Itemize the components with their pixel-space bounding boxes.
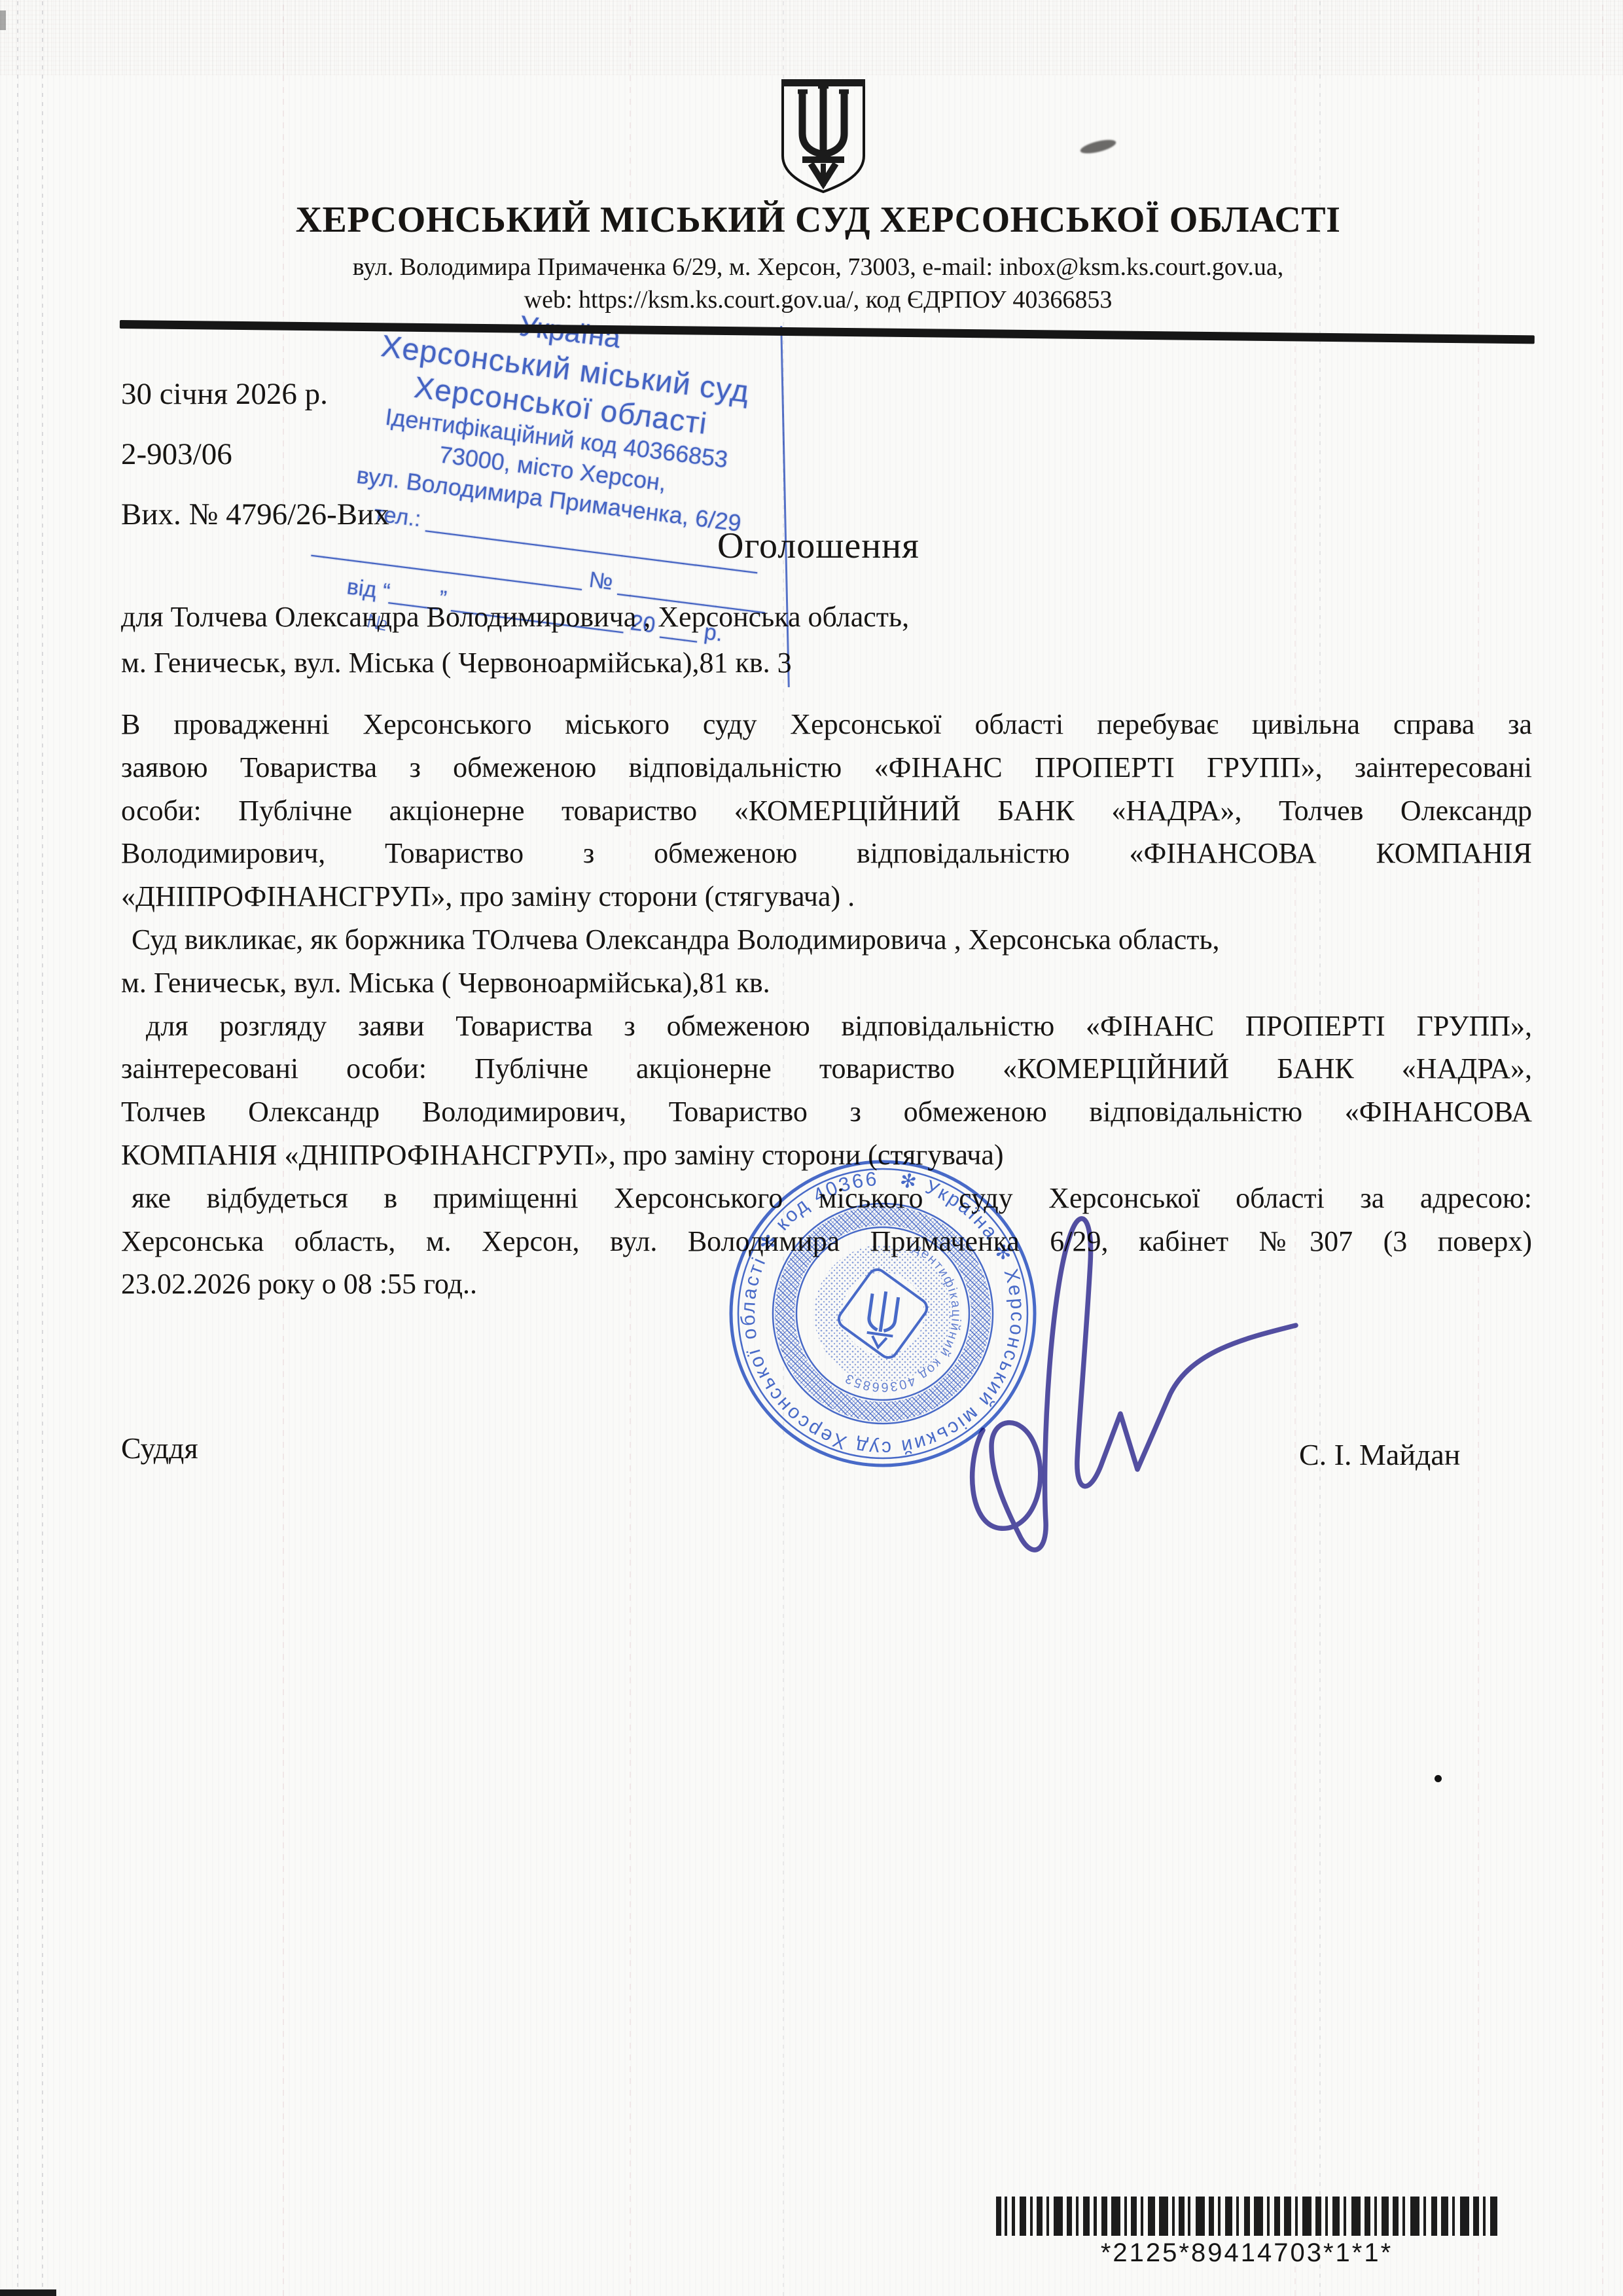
scan-edge-mark [0, 10, 6, 30]
header-separator-line [120, 320, 1535, 344]
judge-signature-scribble [929, 1172, 1348, 1574]
seal-trident-icon [865, 1290, 899, 1350]
judge-role-label: Суддя [121, 1431, 198, 1465]
barcode-text: *2125*89414703*1*1* [996, 2238, 1497, 2268]
ukraine-trident-icon [777, 76, 869, 200]
scan-edge-mark [0, 2289, 56, 2296]
scan-streak [17, 0, 18, 2296]
scan-streak [1602, 0, 1603, 2296]
body-line: В провадженні Херсонського міського суду… [121, 703, 1532, 746]
ink-dot [1435, 1775, 1442, 1782]
body-line: м. Геничеськ, вул. Міська ( Червоноармій… [121, 961, 1532, 1005]
recipient-line: м. Геничеськ, вул. Міська ( Червоноармій… [121, 640, 909, 686]
scan-streak [42, 0, 43, 2296]
body-line: заявою Товариства з обмеженою відповідал… [121, 746, 1532, 789]
scanned-court-document: ХЕРСОНСЬКИЙ МІСЬКИЙ СУД ХЕРСОНСЬКОЇ ОБЛА… [0, 0, 1623, 2296]
body-line: особи: Публічне акціонерне товариство «К… [121, 789, 1532, 833]
body-line: «ДНІПРОФІНАНСГРУП», про заміну сторони (… [121, 875, 1532, 918]
body-line: заінтересовані особи: Публічне акціонерн… [121, 1047, 1532, 1090]
body-line: Володимирович, Товариство з обмеженою ві… [121, 832, 1532, 875]
office-stamp: Україна Херсонський міський суд Херсонсь… [300, 285, 804, 658]
barcode-icon [996, 2197, 1497, 2239]
court-name: ХЕРСОНСЬКИЙ МІСЬКИЙ СУД ХЕРСОНСЬКОЇ ОБЛА… [92, 199, 1544, 241]
body-line: Толчев Олександр Володимирович, Товарист… [121, 1090, 1532, 1134]
body-line: Суд викликає, як боржника ТОлчева Олекса… [121, 918, 1532, 961]
court-address-line: вул. Володимира Примаченка 6/29, м. Херс… [157, 253, 1479, 281]
body-line: для розгляду заяви Товариства з обмежено… [121, 1005, 1532, 1048]
scan-noise-band [0, 0, 1623, 75]
ink-smudge [1079, 137, 1117, 156]
